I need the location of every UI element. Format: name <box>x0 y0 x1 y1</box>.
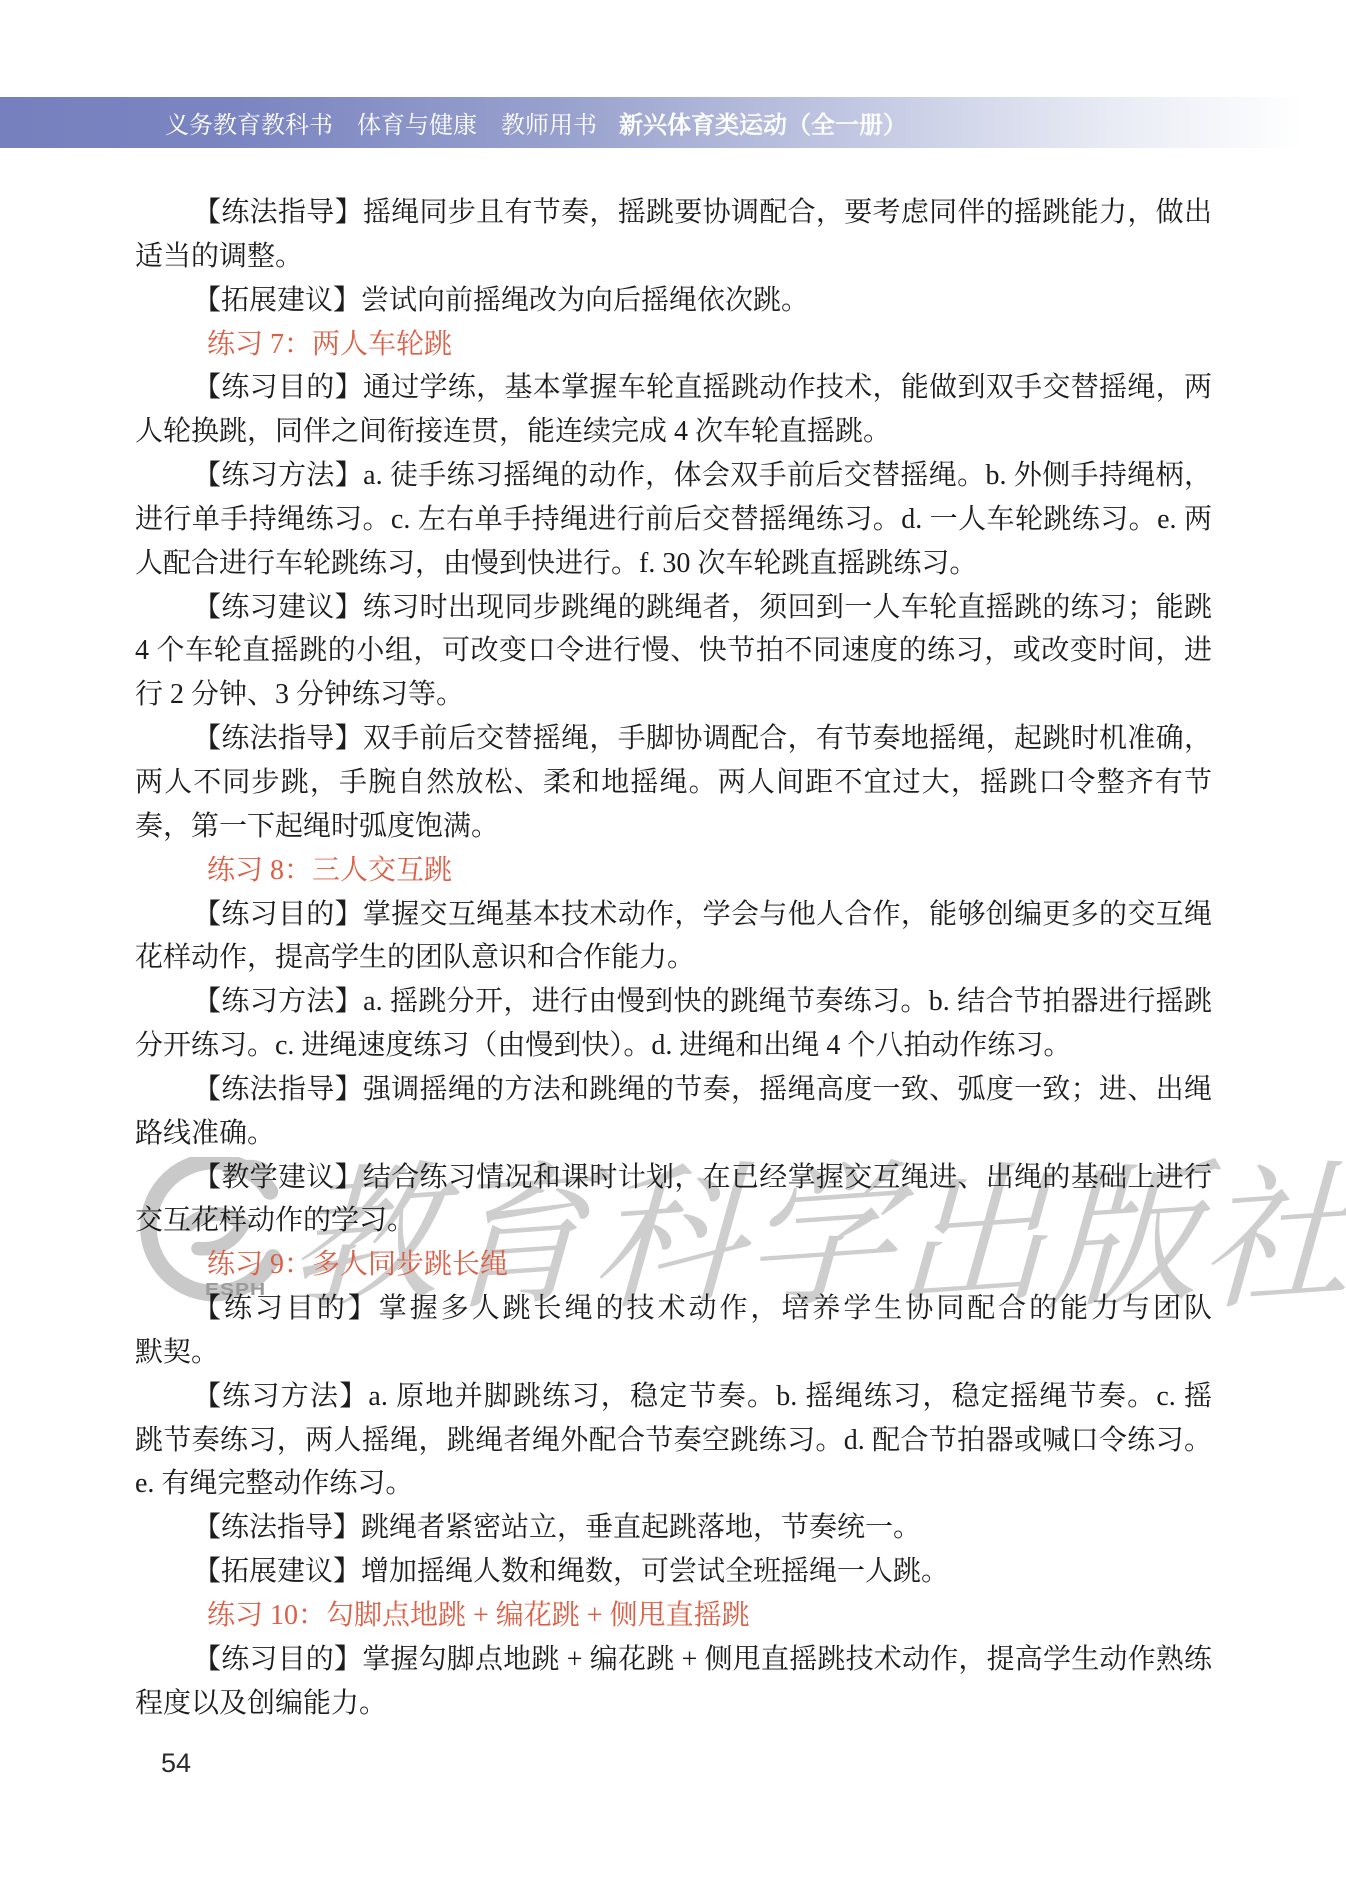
header-band: 义务教育教科书 体育与健康 教师用书 新兴体育类运动（全一册） <box>0 97 1330 148</box>
text-line: 分开练习。c. 进绳速度练习（由慢到快）。d. 进绳和出绳 4 个八拍动作练习。 <box>135 1024 1212 1068</box>
text-line: 【练习建议】练习时出现同步跳绳的跳绳者，须回到一人车轮直摇跳的练习；能跳 <box>135 586 1212 630</box>
text-line: 适当的调整。 <box>135 235 1212 279</box>
text-line: 【教学建议】结合练习情况和课时计划，在已经掌握交互绳进、出绳的基础上进行 <box>135 1156 1212 1200</box>
exercise-heading: 练习 10：勾脚点地跳 + 编花跳 + 侧甩直摇跳 <box>135 1594 1212 1638</box>
text-line: 程度以及创编能力。 <box>135 1682 1212 1726</box>
text-line: 4 个车轮直摇跳的小组，可改变口令进行慢、快节拍不同速度的练习，或改变时间，进 <box>135 629 1212 673</box>
text-line: e. 有绳完整动作练习。 <box>135 1462 1212 1506</box>
text-line: 【拓展建议】增加摇绳人数和绳数，可尝试全班摇绳一人跳。 <box>135 1550 1212 1594</box>
text-line: 【练法指导】跳绳者紧密站立，垂直起跳落地，节奏统一。 <box>135 1506 1212 1550</box>
exercise-heading: 练习 8：三人交互跳 <box>135 849 1212 893</box>
text-line: 【练习目的】掌握交互绳基本技术动作，学会与他人合作，能够创编更多的交互绳 <box>135 893 1212 937</box>
text-line: 奏，第一下起绳时弧度饱满。 <box>135 805 1212 849</box>
text-line: 【练法指导】摇绳同步且有节奏，摇跳要协调配合，要考虑同伴的摇跳能力，做出 <box>135 191 1212 235</box>
text-line: 【练习方法】a. 摇跳分开，进行由慢到快的跳绳节奏练习。b. 结合节拍器进行摇跳 <box>135 980 1212 1024</box>
text-line: 两人不同步跳，手腕自然放松、柔和地摇绳。两人间距不宜过大，摇跳口令整齐有节 <box>135 761 1212 805</box>
header-series-title: 义务教育教科书 体育与健康 教师用书 <box>165 105 597 140</box>
page-number: 54 <box>161 1748 191 1779</box>
text-line: 默契。 <box>135 1331 1212 1375</box>
text-line: 行 2 分钟、3 分钟练习等。 <box>135 673 1212 717</box>
text-line: 【练习目的】通过学练，基本掌握车轮直摇跳动作技术，能做到双手交替摇绳，两 <box>135 366 1212 410</box>
text-line: 【拓展建议】尝试向前摇绳改为向后摇绳依次跳。 <box>135 279 1212 323</box>
text-line: 跳节奏练习，两人摇绳，跳绳者绳外配合节奏空跳练习。d. 配合节拍器或喊口令练习。 <box>135 1419 1212 1463</box>
text-line: 【练习方法】a. 原地并脚跳练习，稳定节奏。b. 摇绳练习，稳定摇绳节奏。c. … <box>135 1375 1212 1419</box>
text-line: 交互花样动作的学习。 <box>135 1199 1212 1243</box>
watermark-glyph: 社 <box>1197 1137 1346 1344</box>
text-line: 花样动作，提高学生的团队意识和合作能力。 <box>135 936 1212 980</box>
text-line: 路线准确。 <box>135 1112 1212 1156</box>
text-line: 【练习目的】掌握勾脚点地跳 + 编花跳 + 侧甩直摇跳技术动作，提高学生动作熟练 <box>135 1638 1212 1682</box>
exercise-heading: 练习 7：两人车轮跳 <box>135 323 1212 367</box>
book-page: { "header_band": { "text_regular": "义务教育… <box>0 0 1346 1885</box>
text-line: 【练法指导】双手前后交替摇绳，手脚协调配合，有节奏地摇绳，起跳时机准确， <box>135 717 1212 761</box>
body-text: 【练法指导】摇绳同步且有节奏，摇跳要协调配合，要考虑同伴的摇跳能力，做出适当的调… <box>135 191 1212 1726</box>
text-line: 进行单手持绳练习。c. 左右单手持绳进行前后交替摇绳练习。d. 一人车轮跳练习。… <box>135 498 1212 542</box>
text-line: 【练习目的】掌握多人跳长绳的技术动作，培养学生协同配合的能力与团队 <box>135 1287 1212 1331</box>
text-line: 【练习方法】a. 徒手练习摇绳的动作，体会双手前后交替摇绳。b. 外侧手持绳柄， <box>135 454 1212 498</box>
text-line: 【练法指导】强调摇绳的方法和跳绳的节奏，摇绳高度一致、弧度一致；进、出绳 <box>135 1068 1212 1112</box>
text-line: 人配合进行车轮跳练习，由慢到快进行。f. 30 次车轮跳直摇跳练习。 <box>135 542 1212 586</box>
exercise-heading: 练习 9：多人同步跳长绳 <box>135 1243 1212 1287</box>
text-line: 人轮换跳，同伴之间衔接连贯，能连续完成 4 次车轮直摇跳。 <box>135 410 1212 454</box>
header-book-title: 新兴体育类运动（全一册） <box>619 105 907 140</box>
